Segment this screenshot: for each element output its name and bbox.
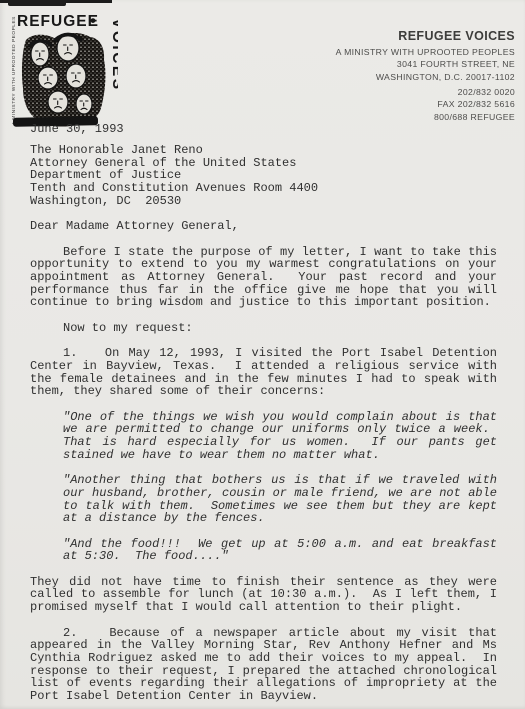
letterhead-contact-block: REFUGEE VOICES A MINISTRY WITH UPROOTED … (336, 29, 515, 123)
org-tollfree: 800/688 REFUGEE (336, 111, 515, 123)
org-tagline: A MINISTRY WITH UPROOTED PEOPLES (336, 46, 515, 58)
recipient-street: Tenth and Constitution Avenues Room 4400 (30, 182, 497, 195)
detainee-quote-food: "And the food!!! We get up at 5:00 a.m. … (63, 538, 497, 563)
letter-body: The Honorable Janet Reno Attorney Genera… (30, 144, 497, 703)
paragraph-newspaper: 2. Because of a newspaper article about … (30, 627, 497, 703)
date-line: June 30, 1993 (30, 122, 124, 136)
salutation: Dear Madame Attorney General, (30, 220, 497, 233)
detainee-quote-uniforms: "One of the things we wish you would com… (63, 411, 497, 462)
logo-artwork: REFUGEE • VOICES A MINISTRY WITH UPROOTE… (8, 6, 118, 128)
logo-side-text: A MINISTRY WITH UPROOTED PEOPLES (11, 16, 17, 125)
paragraph-request-intro: Now to my request: (30, 322, 497, 335)
logo-title-text: REFUGEE (17, 13, 99, 30)
org-city-address: WASHINGTON, D.C. 20017-1102 (336, 71, 515, 83)
logo-vertical-text: VOICES (109, 18, 118, 92)
refugee-voices-logo: REFUGEE • VOICES A MINISTRY WITH UPROOTE… (8, 6, 118, 128)
recipient-name: The Honorable Janet Reno (30, 144, 497, 157)
recipient-address-block: The Honorable Janet Reno Attorney Genera… (30, 144, 497, 208)
org-street-address: 3041 FOURTH STREET, NE (336, 58, 515, 70)
org-name: REFUGEE VOICES (336, 29, 515, 43)
org-phone: 202/832 0020 (336, 86, 515, 98)
scanned-letter-page: REFUGEE • VOICES A MINISTRY WITH UPROOTE… (0, 0, 525, 709)
paragraph-lunch: They did not have time to finish their s… (30, 576, 497, 614)
org-fax: FAX 202/832 5616 (336, 98, 515, 110)
paragraph-congratulations: Before I state the purpose of my letter,… (30, 246, 497, 310)
logo-bullet-icon: • (90, 11, 96, 30)
detainee-quote-family: "Another thing that bothers us is that i… (63, 474, 497, 525)
paragraph-visit: 1. On May 12, 1993, I visited the Port I… (30, 347, 497, 398)
recipient-city: Washington, DC 20530 (30, 195, 497, 208)
